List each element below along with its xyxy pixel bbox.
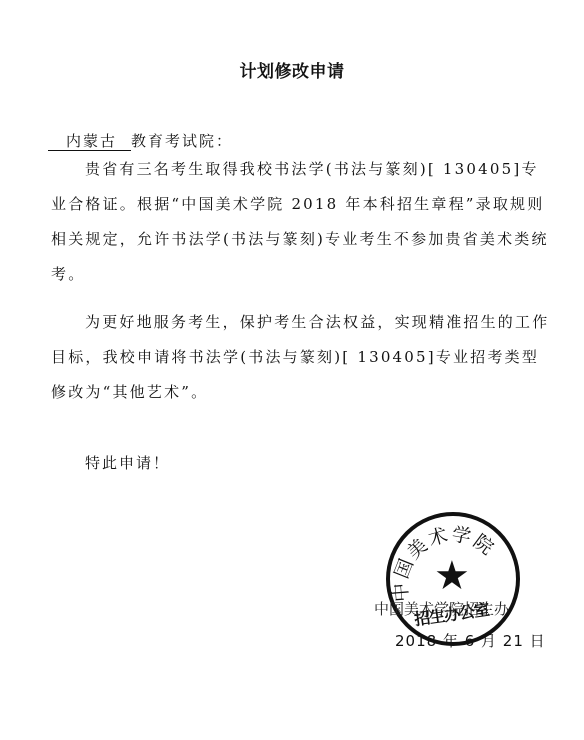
paragraph-text: 为更好地服务考生，保护考生合法权益，实现精准招生的工作目标，我校申请将书法学(书…	[51, 313, 549, 401]
paragraph-text: 贵省有三名考生取得我校书法学(书法与篆刻)[ 130405]专业合格证。根据“中…	[51, 160, 549, 283]
document-title: 计划修改申请	[0, 57, 584, 82]
closing-line: 特此申请！	[85, 452, 170, 473]
star-icon: ★	[434, 556, 470, 596]
signer-name: 中国美术学院招生办	[374, 598, 509, 619]
addressee-line: 内蒙古教育考试院：	[48, 130, 233, 151]
body-paragraph: 为更好地服务考生，保护考生合法权益，实现精准招生的工作目标，我校申请将书法学(书…	[51, 305, 551, 410]
signing-date: 2018 年 6 月 21 日	[395, 630, 546, 651]
addressee-suffix: 教育考试院：	[131, 132, 233, 150]
official-seal: 中国美术学院 ★ 招生办公室	[386, 512, 520, 646]
addressee-filled-region: 内蒙古	[48, 132, 131, 151]
body-paragraph: 贵省有三名考生取得我校书法学(书法与篆刻)[ 130405]专业合格证。根据“中…	[51, 152, 551, 292]
